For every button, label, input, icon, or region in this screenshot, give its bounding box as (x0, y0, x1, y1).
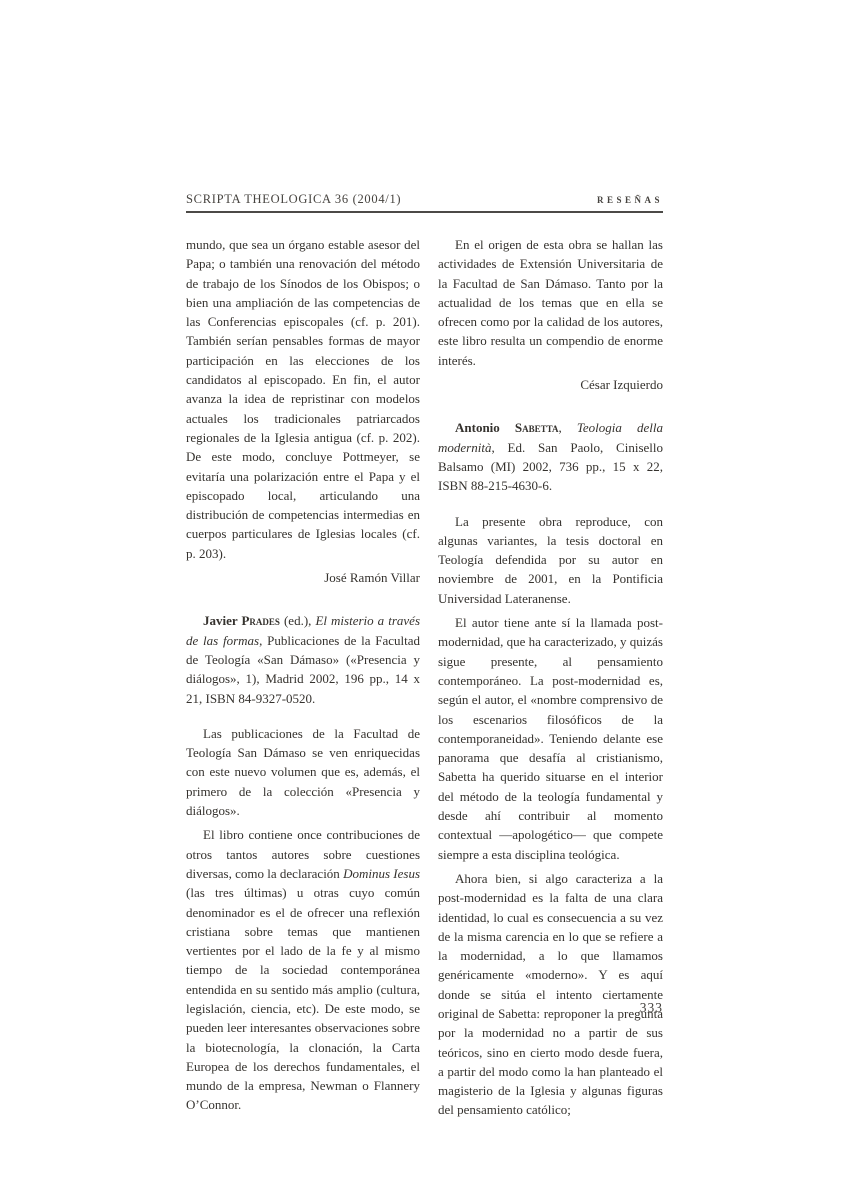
body-paragraph: El autor tiene ante sí la llamada post-m… (438, 613, 663, 864)
body-paragraph: Las publicaciones de la Facultad de Teol… (186, 724, 420, 820)
header-rule (186, 211, 663, 213)
text-segment: (ed.), (280, 613, 316, 628)
body-paragraph: mundo, que sea un órgano estable asesor … (186, 235, 420, 563)
text-segment: Las publicaciones de la Facultad de Teol… (186, 726, 420, 818)
review-signature: César Izquierdo (438, 375, 663, 394)
text-segment: José Ramón Villar (324, 570, 420, 585)
text-segment: Antonio (455, 420, 515, 435)
text-segment: La presente obra reproduce, con algunas … (438, 514, 663, 606)
review-signature: José Ramón Villar (186, 568, 420, 587)
column-left: mundo, que sea un órgano estable asesor … (186, 235, 420, 1125)
body-paragraph: La presente obra reproduce, con algunas … (438, 512, 663, 608)
text-segment: mundo, que sea un órgano estable asesor … (186, 237, 420, 561)
text-segment: Dominus Iesus (343, 866, 420, 881)
book-reference: Javier Prades (ed.), El misterio a travé… (186, 611, 420, 707)
journal-title: SCRIPTA THEOLOGICA 36 (2004/1) (186, 192, 401, 207)
text-segment: El autor tiene ante sí la llamada post-m… (438, 615, 663, 862)
book-reference: Antonio Sabetta, Teologia della modernit… (438, 418, 663, 495)
text-segment: , (558, 420, 576, 435)
text-columns: mundo, que sea un órgano estable asesor … (186, 235, 663, 1125)
body-paragraph: El libro contiene once contribuciones de… (186, 825, 420, 1114)
text-segment: Sabetta (515, 420, 559, 435)
column-right: En el origen de esta obra se hallan las … (438, 235, 663, 1125)
text-segment: (las tres últimas) u otras cuyo común de… (186, 885, 420, 1112)
text-segment: Javier (203, 613, 241, 628)
body-paragraph: Ahora bien, si algo caracteriza a la pos… (438, 869, 663, 1120)
text-segment: En el origen de esta obra se hallan las … (438, 237, 663, 368)
section-label: RESEÑAS (597, 195, 663, 205)
page-header: SCRIPTA THEOLOGICA 36 (2004/1) RESEÑAS (186, 192, 663, 211)
journal-page: SCRIPTA THEOLOGICA 36 (2004/1) RESEÑAS m… (186, 192, 663, 1125)
page-number: 333 (186, 1000, 663, 1016)
text-segment: César Izquierdo (580, 377, 663, 392)
body-paragraph: En el origen de esta obra se hallan las … (438, 235, 663, 370)
text-segment: Prades (241, 613, 279, 628)
text-segment: Ahora bien, si algo caracteriza a la pos… (438, 871, 663, 1118)
